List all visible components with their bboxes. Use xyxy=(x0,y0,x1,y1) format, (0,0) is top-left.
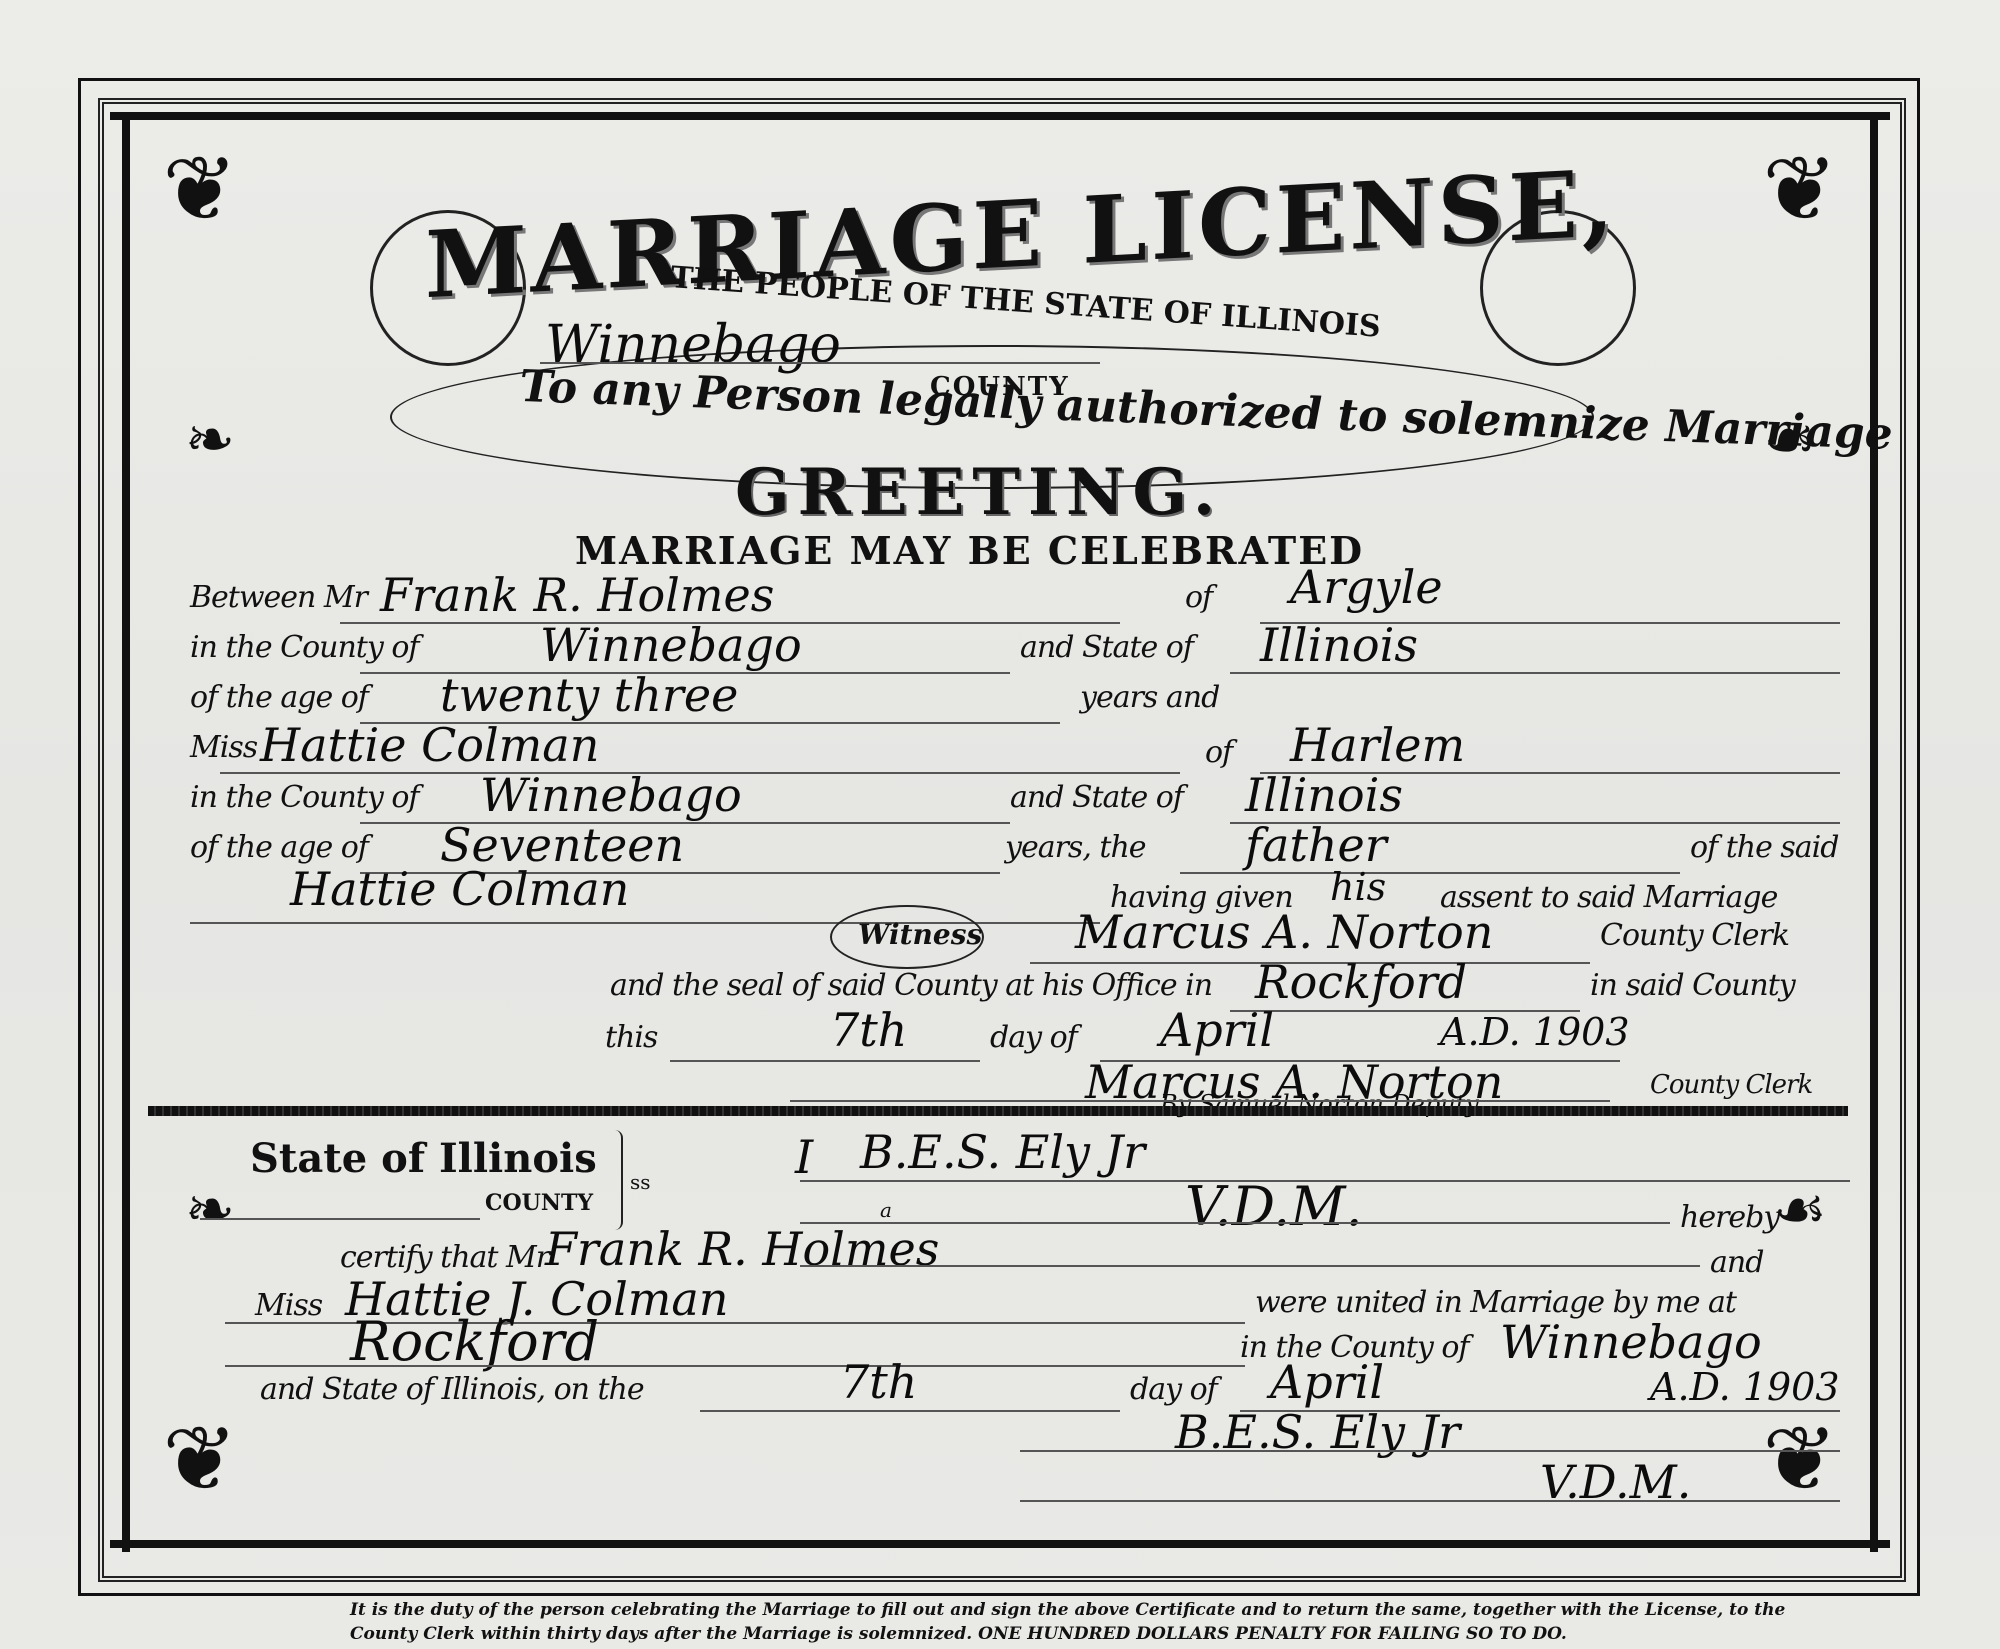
field-underline xyxy=(1020,1450,1840,1452)
groom-name: Frank R. Holmes xyxy=(380,568,774,622)
field-underline xyxy=(800,1265,1700,1267)
ceremony-county: Winnebago xyxy=(1500,1315,1762,1369)
bracket xyxy=(615,1130,623,1230)
row-label: and State of xyxy=(1020,630,1193,665)
bride-name: Hattie Colman xyxy=(260,718,599,772)
leaf-icon: ❧ xyxy=(150,380,270,500)
grape-vine-icon: ❦ xyxy=(140,1400,260,1520)
field-underline xyxy=(200,1218,480,1220)
groom-age: twenty three xyxy=(440,668,738,722)
license-month: April xyxy=(1160,1003,1274,1057)
office-city: Rockford xyxy=(1255,955,1467,1009)
row-label: of the said xyxy=(1690,830,1838,865)
miss-label: Miss xyxy=(255,1288,322,1323)
row-label: in the County of xyxy=(190,630,418,665)
ss-label: ss xyxy=(630,1170,651,1194)
row-label: of the age of xyxy=(190,830,368,865)
groom-county: Winnebago xyxy=(540,618,802,672)
witness-title: County Clerk xyxy=(1600,918,1789,953)
county-label: COUNTY xyxy=(485,1190,593,1216)
field-underline xyxy=(1020,1500,1840,1502)
field-underline xyxy=(1230,672,1840,674)
footer-line-2: County Clerk within thirty days after th… xyxy=(350,1624,1567,1644)
row-label: years and xyxy=(1080,680,1219,715)
state-label: State of Illinois xyxy=(250,1135,597,1182)
ceremony-year: A.D. 1903 xyxy=(1650,1365,1840,1409)
license-year: A.D. 1903 xyxy=(1440,1010,1630,1054)
footer-line-1: It is the duty of the person celebrating… xyxy=(350,1600,1785,1620)
seal-text: and the seal of said County at his Offic… xyxy=(610,968,1212,1003)
section-divider xyxy=(148,1106,1848,1116)
day-of-label: day of xyxy=(1130,1372,1217,1407)
officiant-title: V.D.M. xyxy=(1185,1175,1363,1238)
day-of-label: day of xyxy=(990,1020,1077,1055)
field-underline xyxy=(670,1060,980,1062)
witness-name: Marcus A. Norton xyxy=(1075,905,1493,959)
ceremony-place: Rockford xyxy=(350,1310,599,1373)
document-page: ❦ ❦ ❧ ☙ ❦ ❦ ❧ ☙ MARRIAGE LICENSE, THE PE… xyxy=(0,0,2000,1649)
seal-post: in said County xyxy=(1590,968,1795,1003)
license-day: 7th xyxy=(830,1003,907,1057)
row-label: in the County of xyxy=(190,780,418,815)
and-label: and xyxy=(1710,1245,1763,1280)
left-vine-border xyxy=(122,112,130,1552)
officiant-name: B.E.S. Ely Jr xyxy=(860,1125,1145,1179)
field-underline xyxy=(1180,872,1680,874)
celebrated-heading: MARRIAGE MAY BE CELEBRATED xyxy=(575,528,1364,573)
grape-vine-icon: ❦ xyxy=(140,130,260,250)
row-label: of xyxy=(1205,735,1232,770)
witness-label: Witness xyxy=(858,918,982,951)
field-underline xyxy=(790,1100,1610,1102)
ceremony-month: April xyxy=(1270,1355,1384,1409)
this-label: this xyxy=(605,1020,657,1055)
row-label: years, the xyxy=(1005,830,1146,865)
bride-town: Harlem xyxy=(1290,718,1465,772)
row-label: Between Mr xyxy=(190,580,367,615)
certify-label: certify that Mr xyxy=(340,1240,549,1275)
row-label: of xyxy=(1185,580,1212,615)
field-underline xyxy=(225,1365,1245,1367)
right-vine-border xyxy=(1870,112,1878,1552)
consenting-parent: father xyxy=(1245,818,1387,872)
top-vine-border xyxy=(110,112,1890,120)
a-label: a xyxy=(880,1198,891,1222)
groom-state: Illinois xyxy=(1260,618,1418,672)
row-label: and State of xyxy=(1010,780,1183,815)
bride-name-repeat: Hattie Colman xyxy=(290,862,629,916)
grape-vine-icon: ❦ xyxy=(1740,1400,1860,1520)
clerk-signature-title: County Clerk xyxy=(1650,1070,1812,1100)
grape-vine-icon: ❦ xyxy=(1740,130,1860,250)
bride-state: Illinois xyxy=(1245,768,1403,822)
greeting-heading: GREETING. xyxy=(735,455,1223,530)
consent-pronoun: his xyxy=(1330,865,1386,909)
bride-county: Winnebago xyxy=(480,768,742,822)
officiant-prefix: I xyxy=(795,1130,813,1184)
groom-name-certificate: Frank R. Holmes xyxy=(545,1222,939,1276)
hereby-label: hereby xyxy=(1680,1200,1779,1235)
bottom-vine-border xyxy=(110,1540,1890,1548)
groom-town: Argyle xyxy=(1290,560,1443,614)
ceremony-day: 7th xyxy=(840,1355,917,1409)
row-label: Miss xyxy=(190,730,257,765)
field-underline xyxy=(700,1410,1120,1412)
row-label: of the age of xyxy=(190,680,368,715)
state-on-label: and State of Illinois, on the xyxy=(260,1372,644,1407)
